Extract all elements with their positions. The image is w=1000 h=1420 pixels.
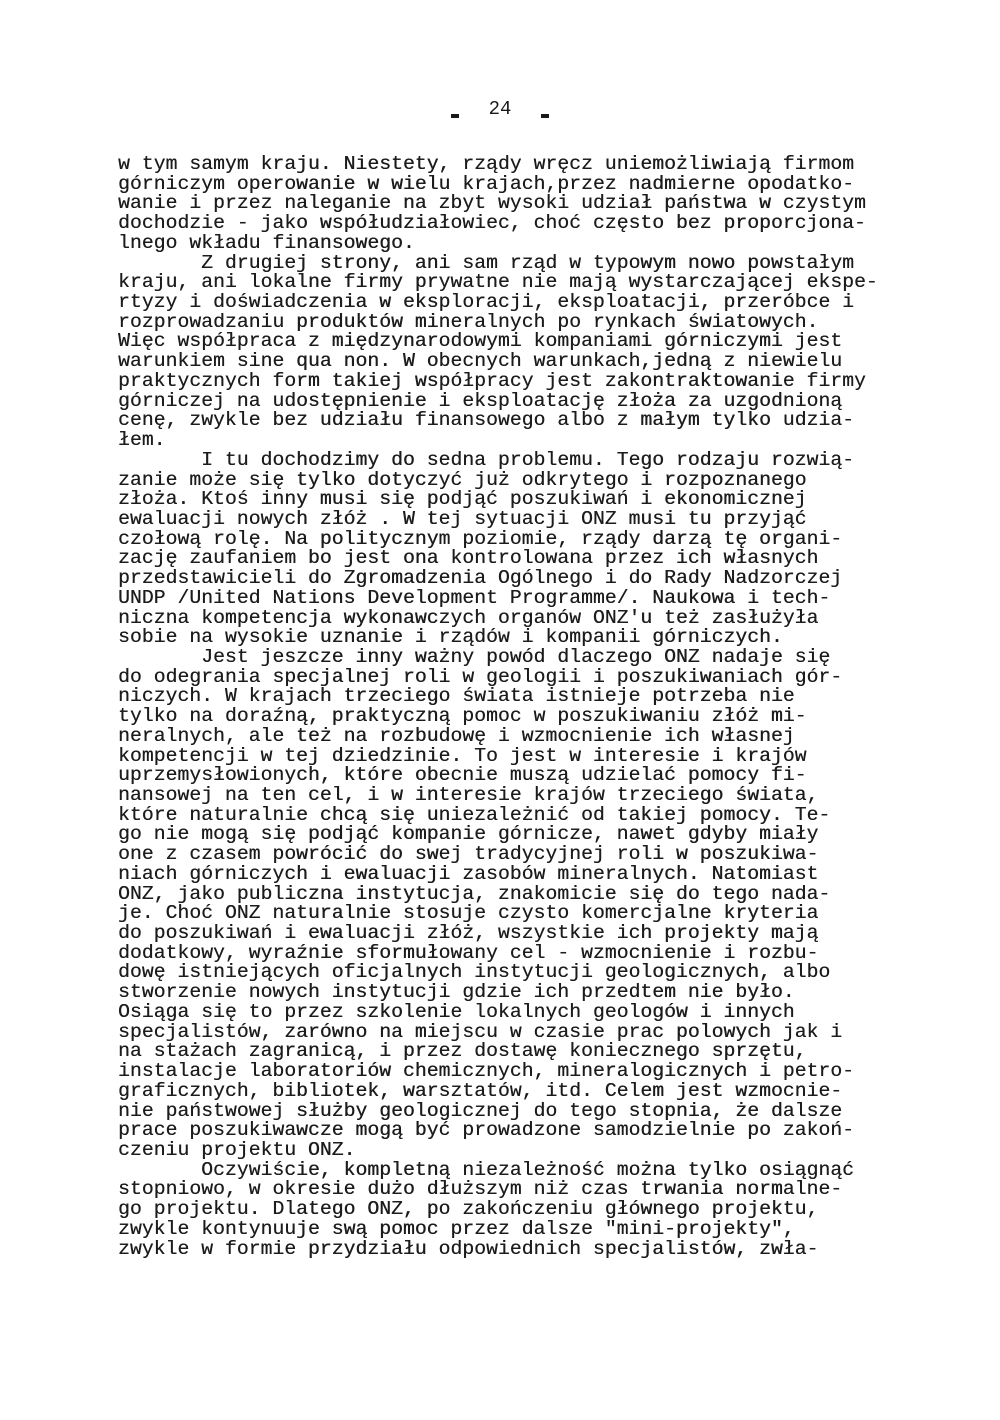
text-line: stworzenie nowych instytucji gdzie ich p… xyxy=(118,983,918,1003)
text-line: czeniu projektu ONZ. xyxy=(118,1141,918,1161)
page-number: 24 xyxy=(489,98,512,120)
text-line: nansowej na ten cel, i w interesie krajó… xyxy=(118,786,918,806)
text-line: instalacje laboratoriów chemicznych, min… xyxy=(118,1062,918,1082)
text-line: one z czasem powrócić do swej tradycyjne… xyxy=(118,845,918,865)
page-number-dash-right xyxy=(541,114,549,118)
text-line: sobie na wysokie uznanie i rządów i komp… xyxy=(118,628,918,648)
text-line: zwykle w formie przydziału odpowiednich … xyxy=(118,1240,918,1260)
text-line: lnego wkładu finansowego. xyxy=(118,234,918,254)
text-line: ewaluacji nowych złóż . W tej sytuacji O… xyxy=(118,510,918,530)
text-line: Jest jeszcze inny ważny powód dlaczego O… xyxy=(118,648,918,668)
text-line: złoża. Ktoś inny musi się podjąć poszuki… xyxy=(118,490,918,510)
text-line: tylko na doraźną, praktyczną pomoc w pos… xyxy=(118,707,918,727)
text-line: niach górniczych i ewaluacji zasobów min… xyxy=(118,865,918,885)
text-line: go projektu. Dlatego ONZ, po zakończeniu… xyxy=(118,1200,918,1220)
text-line: warunkiem sine qua non. W obecnych warun… xyxy=(118,352,918,372)
body-text: w tym samym kraju. Niestety, rządy wręcz… xyxy=(118,155,918,1259)
text-line: graficznych, bibliotek, warsztatów, itd.… xyxy=(118,1082,918,1102)
text-line: I tu dochodzimy do sedna problemu. Tego … xyxy=(118,451,918,471)
text-line: zwykle kontynuuje swą pomoc przez dalsze… xyxy=(118,1220,918,1240)
text-line: w tym samym kraju. Niestety, rządy wręcz… xyxy=(118,155,918,175)
text-line: UNDP /United Nations Development Program… xyxy=(118,589,918,609)
text-line: rtyzy i doświadczenia w eksploracji, eks… xyxy=(118,293,918,313)
text-line: dochodzie - jako współudziałowiec, choć … xyxy=(118,214,918,234)
text-line: neralnych, ale też na rozbudowę i wzmocn… xyxy=(118,727,918,747)
page-number-header: 24 xyxy=(0,98,1000,120)
text-line: łem. xyxy=(118,431,918,451)
text-line: prace poszukiwawcze mogą być prowadzone … xyxy=(118,1121,918,1141)
text-line: praktycznych form takiej współpracy jest… xyxy=(118,372,918,392)
text-line: do poszukiwań i ewaluacji złóż, wszystki… xyxy=(118,924,918,944)
text-line: cenę, zwykle bez udziału finansowego alb… xyxy=(118,411,918,431)
text-line: przedstawicieli do Zgromadzenia Ogólnego… xyxy=(118,569,918,589)
document-page: 24 w tym samym kraju. Niestety, rządy wr… xyxy=(0,0,1000,1420)
text-line: Osiąga się to przez szkolenie lokalnych … xyxy=(118,1003,918,1023)
page-number-dash-left xyxy=(451,114,459,118)
